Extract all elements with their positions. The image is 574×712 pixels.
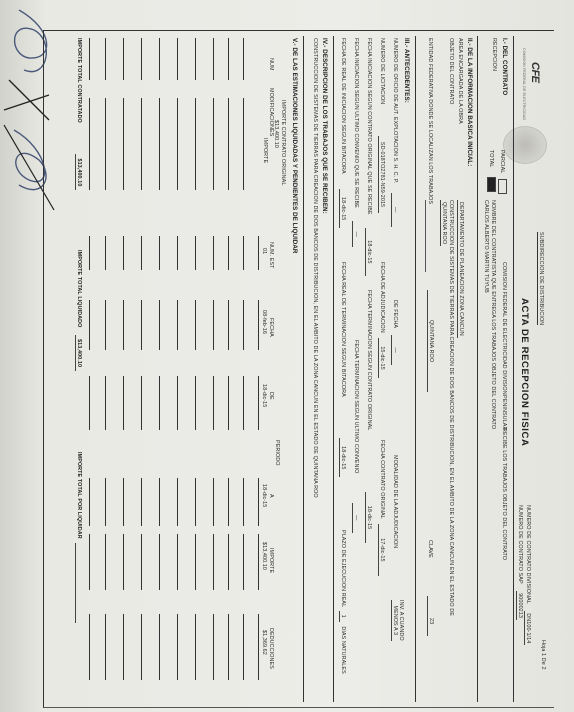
table-line: [228, 300, 229, 350]
table-line: [243, 300, 244, 350]
licitacion-value: SD-018TO2781-N59-2015: [378, 136, 385, 213]
table-line: [213, 534, 214, 590]
divider: [415, 36, 416, 702]
table-line: [195, 98, 196, 190]
table-line: [123, 98, 124, 190]
page-title: ACTA DE RECEPCION FISICA: [519, 298, 530, 446]
table-line: [228, 376, 229, 430]
fecha-contrato-value: 17-dic-15: [378, 524, 385, 575]
table-line: [89, 38, 90, 80]
modalidad-value: INV. A CUANDO MENOS A 3: [391, 600, 404, 641]
table-line: [89, 236, 90, 270]
table-line: [141, 376, 142, 430]
table-line: [195, 38, 196, 80]
table-line: [89, 98, 90, 190]
inicio-real-label: FECHA DE REAL DE INICIACION SEGUN BITACO…: [340, 38, 346, 173]
de-fecha-field: DE FECHA —: [392, 300, 398, 365]
table-line: [258, 614, 259, 680]
recepcion-label: RECEPCION: [491, 38, 497, 71]
subdireccion-label: SUBDIRECCION DE DISTRIBUCION: [537, 232, 544, 325]
table-line: [177, 236, 178, 270]
descripcion-value: CONSTRUCCION DE SISTEMAS DE TIERRAS PARA…: [312, 38, 318, 498]
oficio-value: —: [391, 193, 398, 227]
licitacion-field: NUMERO DE LICITACION SD-018TO2781-N59-20…: [379, 38, 385, 213]
table-line: [123, 300, 124, 350]
table-line: [123, 236, 124, 270]
row-de: 18-dic-15: [261, 384, 267, 407]
inicio-real-field: FECHA DE REAL DE INICIACION SEGUN BITACO…: [340, 38, 346, 228]
table-line: [228, 478, 229, 526]
fecha-header: FECHA: [268, 318, 274, 337]
table-line: [105, 236, 106, 270]
objeto-value-line2: QUINTANA ROO: [440, 200, 447, 246]
row-a: 18-dic-15: [261, 484, 267, 507]
row-num-est: 01: [261, 248, 267, 254]
national-seal-icon: [503, 126, 547, 164]
contrato-divisional: NUMERO DE CONTRATO DIVISIONAL DN100-1/14: [525, 505, 531, 645]
fecha-adjudicacion-label: FECHA DE ADJUDICACION: [379, 262, 385, 333]
acta-page: CFE COMISION FEDERAL DE ELECTRICIDAD SUB…: [0, 0, 574, 712]
total-por-liquidar-field: IMPORTE TOTAL POR LIQUIDAR: [76, 452, 82, 623]
table-line: [105, 534, 106, 590]
table-line: [159, 614, 160, 680]
fecha-adjudicacion-value: 15-dic-15: [378, 338, 385, 377]
table-line: [243, 236, 244, 270]
row-importe: $13,400.10: [261, 542, 267, 570]
periodo-header: PERIODO: [274, 440, 280, 466]
table-line: [123, 478, 124, 526]
modalidad-line1: INV. A CUANDO: [398, 600, 404, 641]
table-line: [177, 376, 178, 430]
table-line: [243, 38, 244, 80]
table-line: [141, 98, 142, 190]
term-real-field: FECHA REAL DE TERMINACION SEGUN BITACORA…: [340, 262, 346, 477]
table-line: [213, 38, 214, 80]
num-est-header: NUM. EST: [268, 242, 274, 269]
row-deducciones: $1,369.62: [261, 630, 267, 655]
importe-col-header: IMPORTE: [268, 548, 274, 573]
blank-line: [425, 200, 426, 272]
table-line: [89, 478, 90, 526]
entity-text: COMISION FEDERAL DE ELECTRICIDAD DIVISIO…: [501, 262, 507, 395]
table-line: [195, 534, 196, 590]
table-line: [177, 614, 178, 680]
table-line: [159, 98, 160, 190]
table-line: [213, 98, 214, 190]
table-line: [243, 376, 244, 430]
table-line: [141, 236, 142, 270]
importe-header: IMPORTE: [262, 138, 268, 163]
modalidad-line2: MENOS A 3: [391, 600, 398, 641]
table-line: [195, 236, 196, 270]
table-line: [123, 614, 124, 680]
deducciones-header: DEDUCCIONES: [268, 628, 274, 669]
table-line: [177, 98, 178, 190]
table-line: [228, 38, 229, 80]
divider: [303, 36, 304, 702]
fecha-contrato-field: FECHA CONTRATO ORIGINAL 17-dic-15: [379, 440, 385, 576]
peninsular-text: PENINSULAR: [501, 395, 507, 430]
area-value: DEPARTAMENTO DE PLANEACION ZONA CANCUN: [457, 200, 464, 338]
page-number: Hoja 1 De 2: [540, 640, 546, 670]
section-1-heading: I.- DEL CONTRATO: [501, 38, 508, 95]
inicio-original-label: FECHA INICIACION SEGUN CONTRATO ORIGINAL…: [366, 38, 372, 215]
table-line: [177, 478, 178, 526]
parcial-checkbox[interactable]: [498, 179, 507, 194]
parcial-label: PARCIAL: [499, 150, 505, 173]
contrato-sap-value: 90000213: [516, 591, 523, 620]
total-option: TOTAL: [487, 150, 496, 192]
table-line: [105, 38, 106, 80]
inicio-original-value: 18-dic-15: [365, 228, 372, 275]
table-line: [213, 376, 214, 430]
table-line: [228, 534, 229, 590]
contratista-label: NOMBRE DEL CONTRATISTA QUE ENTREGA LOS T…: [490, 200, 496, 429]
contrato-sap-label: NUMERO DE CONTRATO SAP: [517, 505, 523, 584]
total-contratado-field: IMPORTE TOTAL CONTRATADO $13,400.10: [76, 38, 82, 190]
table-line: [213, 236, 214, 270]
inicio-real-value: 18-dic-15: [339, 189, 346, 228]
term-convenio-label: FECHA TERMINACION SEGUN ULTIMO CONVENIO: [353, 340, 359, 473]
total-por-liquidar-value: [75, 543, 82, 623]
plazo-value: 1: [339, 611, 346, 622]
term-real-label: FECHA REAL DE TERMINACION SEGUN BITACORA: [340, 262, 346, 397]
fecha-contrato-label: FECHA CONTRATO ORIGINAL: [379, 440, 385, 519]
table-line: [243, 614, 244, 680]
table-line: [258, 376, 259, 430]
table-line: [228, 98, 229, 190]
table-line: [243, 98, 244, 190]
term-original-label: FECHA TERMINACION SEGUN CONTRATO ORIGINA…: [366, 290, 372, 430]
cfe-logo-subtitle: COMISION FEDERAL DE ELECTRICIDAD: [522, 48, 526, 120]
inicio-convenio-field: FECHA INICIACION SEGUN ULTIMO CONVENIO Q…: [353, 38, 359, 247]
inicio-convenio-value: —: [352, 221, 359, 247]
row-fecha: 08-feb-16: [261, 310, 267, 334]
plazo-field: PLAZO DE EJECUCION REAL 1 DIAS NATURALES: [340, 530, 346, 674]
section-2-heading: II.- DE LA INFORMACION BASICA INICIAL:: [466, 38, 473, 166]
table-line: [141, 614, 142, 680]
table-line: [243, 534, 244, 590]
divider: [513, 36, 514, 702]
table-line: [243, 478, 244, 526]
table-line: [177, 534, 178, 590]
term-real-value: 18-dic-15: [339, 438, 346, 477]
table-line: [159, 376, 160, 430]
table-line: [141, 38, 142, 80]
table-line: [177, 300, 178, 350]
total-label: TOTAL: [488, 150, 494, 167]
oficio-label: NUMERO DE OFICIO DE AUT. EXPLOTACION S. …: [392, 38, 398, 183]
modificaciones-header: MODIFICACIONES: [268, 88, 274, 136]
inicio-original-field: FECHA INICIACION SEGUN CONTRATO ORIGINAL…: [366, 38, 372, 276]
table-line: [159, 478, 160, 526]
table-line: [195, 300, 196, 350]
table-line: [141, 300, 142, 350]
table-line: [89, 614, 90, 680]
table-line: [195, 614, 196, 680]
licitacion-label: NUMERO DE LICITACION: [379, 38, 385, 104]
plazo-label: PLAZO DE EJECUCION REAL: [340, 530, 346, 607]
section-4-heading: IV.- DESCRIPCION DE LOS TRABAJOS QUE SE …: [321, 38, 328, 214]
plazo-unit: DIAS NATURALES: [340, 626, 346, 673]
table-line: [159, 534, 160, 590]
table-line: [213, 478, 214, 526]
contratista-value: CARLOS ALBERTO MARTIN TUYUB: [483, 200, 489, 293]
table-line: [123, 376, 124, 430]
table-line: [105, 300, 106, 350]
table-line: [123, 38, 124, 80]
section-5-heading: V.- DE LAS ESTIMACIONES LIQUIDADAS Y PEN…: [291, 38, 298, 254]
contrato-divisional-value: DN100-1/14: [524, 611, 531, 645]
contrato-sap: NUMERO DE CONTRATO SAP 90000213: [517, 505, 523, 620]
table-line: [141, 534, 142, 590]
table-line: [123, 534, 124, 590]
oficio-field: NUMERO DE OFICIO DE AUT. EXPLOTACION S. …: [392, 38, 398, 227]
term-convenio-field: FECHA TERMINACION SEGUN ULTIMO CONVENIO …: [353, 340, 359, 533]
total-contratado-value: $13,400.10: [75, 154, 82, 190]
total-liquidado-label: IMPORTE TOTAL LIQUIDADO: [76, 250, 82, 327]
table-line: [213, 614, 214, 680]
entidad-label: ENTIDAD FEDERATIVA DONDE SE LOCALIZAN LO…: [427, 38, 433, 204]
total-contratado-label: IMPORTE TOTAL CONTRATADO: [76, 38, 82, 123]
objeto-value-line1: CONSTRUCCION DE SISTEMAS DE TIERRAS PARA…: [448, 200, 454, 616]
table-line: [159, 236, 160, 270]
modalidad-label: MODALIDAD DE LA ADJUDICACION: [392, 455, 398, 548]
table-line: [89, 534, 90, 590]
term-convenio-value: —: [352, 503, 359, 533]
term-original-value: 18-dic-15: [365, 492, 372, 543]
table-line: [105, 478, 106, 526]
table-line: [258, 300, 259, 350]
table-line: [258, 478, 259, 526]
cfe-logo: CFE: [529, 62, 541, 83]
de-fecha-label: DE FECHA: [392, 300, 398, 328]
clave-value: 23: [427, 596, 434, 636]
divider: [477, 36, 478, 702]
table-line: [213, 300, 214, 350]
scanned-document: CFE COMISION FEDERAL DE ELECTRICIDAD SUB…: [0, 0, 574, 712]
importe-original-label: IMPORTE CONTRATO ORIGINAL: [280, 100, 286, 185]
num-header: NUM: [268, 58, 274, 71]
table-line: [105, 614, 106, 680]
table-line: [195, 478, 196, 526]
total-liquidado-value: $13,400.10: [75, 335, 82, 371]
table-line: [195, 376, 196, 430]
inicio-convenio-label: FECHA INICIACION SEGUN ULTIMO CONVENIO Q…: [353, 38, 359, 208]
table-line: [141, 478, 142, 526]
objeto-label: OBJETO DEL CONTRATO: [448, 38, 454, 104]
total-por-liquidar-label: IMPORTE TOTAL POR LIQUIDAR: [76, 452, 82, 539]
entidad-value: QUINTANA ROO: [427, 290, 434, 392]
clave-label: CLAVE: [427, 540, 433, 558]
table-line: [89, 376, 90, 430]
table-line: [177, 38, 178, 80]
a-header: A: [268, 494, 274, 498]
table-line: [258, 534, 259, 590]
total-liquidado-field: IMPORTE TOTAL LIQUIDADO $13,400.10: [76, 250, 82, 371]
parcial-option: PARCIAL: [498, 150, 507, 194]
table-line: [258, 236, 259, 270]
table-line: [105, 98, 106, 190]
area-label: AREA ENCARGADA DE LA OBRA: [457, 38, 463, 124]
de-header: DE: [268, 392, 274, 400]
table-line: [228, 614, 229, 680]
recibe-text: RECIBE LOS TRABAJOS OBJETO DEL CONTRATO: [501, 428, 507, 560]
section-3-heading: III.- ANTECEDENTES:: [403, 38, 410, 103]
de-fecha-value: —: [391, 335, 398, 365]
table-line: [159, 38, 160, 80]
table-line: [89, 300, 90, 350]
table-line: [105, 376, 106, 430]
divider: [333, 36, 334, 702]
term-original-field: FECHA TERMINACION SEGUN CONTRATO ORIGINA…: [366, 290, 372, 543]
total-checkbox[interactable]: [487, 177, 496, 192]
fecha-adjudicacion-field: FECHA DE ADJUDICACION 15-dic-15: [379, 262, 385, 378]
table-line: [159, 300, 160, 350]
table-line: [228, 236, 229, 270]
contrato-divisional-label: NUMERO DE CONTRATO DIVISIONAL: [525, 505, 531, 604]
